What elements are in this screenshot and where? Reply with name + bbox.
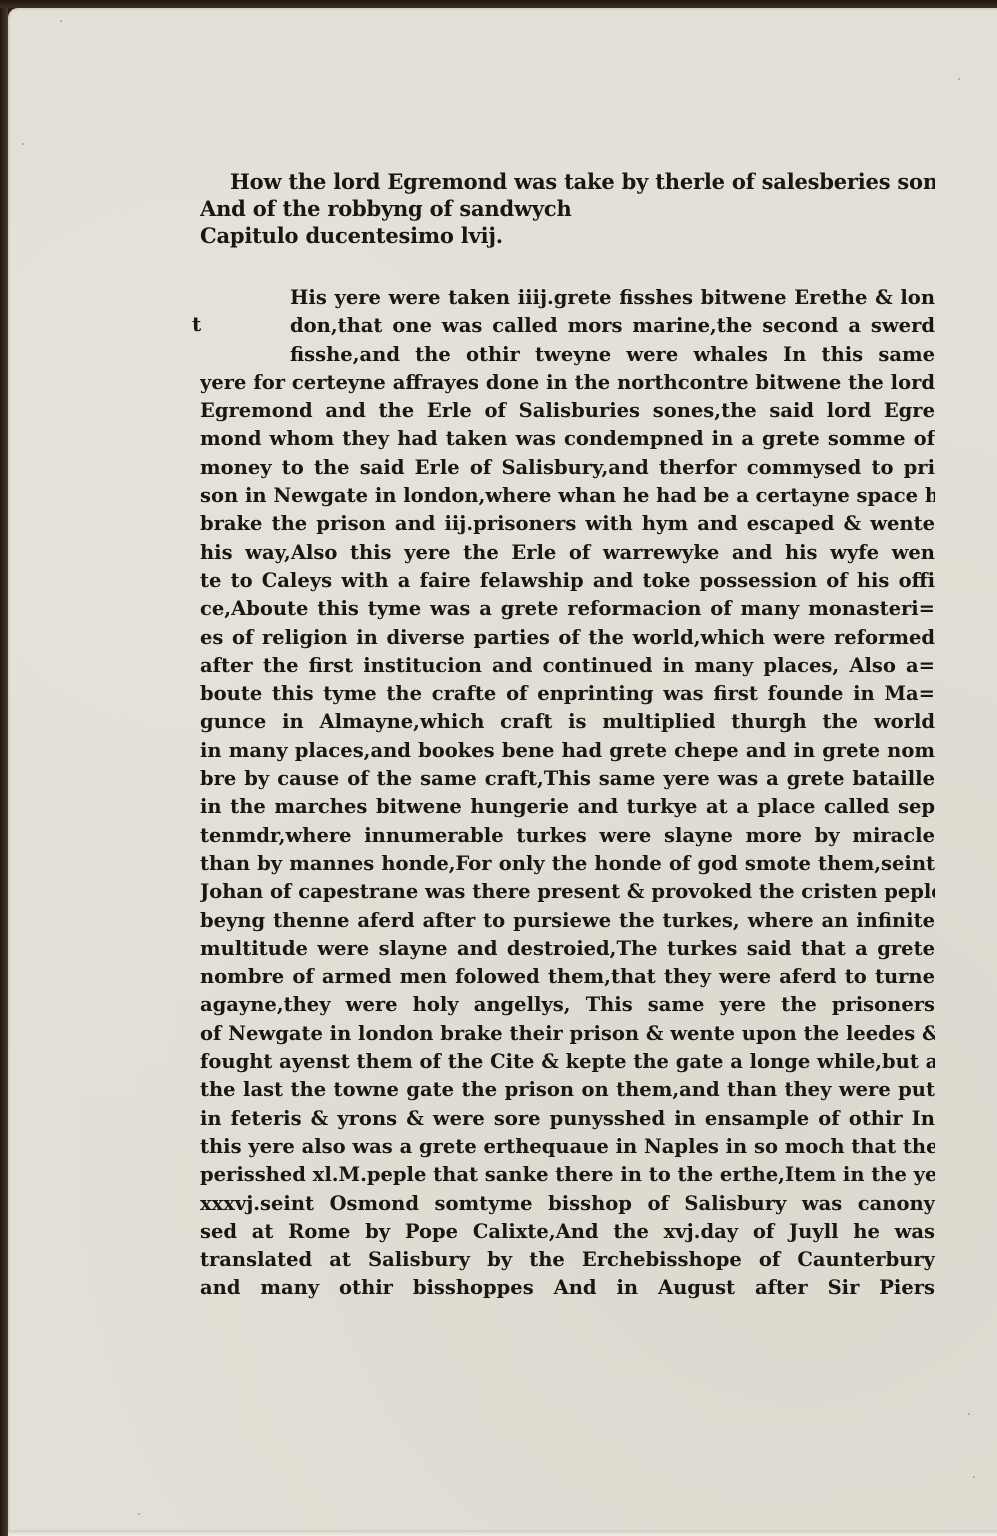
body-line: boute this tyme the crafte of enprinting…: [200, 680, 935, 708]
body-line: sed at Rome by Pope Calixte,And the xvj.…: [200, 1218, 935, 1246]
chapter-title-line-2: And of the robbyng of sandwych: [200, 195, 935, 222]
body-line: gunce in Almayne,which craft is multipli…: [200, 708, 935, 736]
paper-speck: [138, 1513, 140, 1515]
body-line: His yere were taken iiij.grete fisshes b…: [200, 284, 935, 312]
paper-speck: [60, 20, 62, 22]
body-line: te to Caleys with a faire felawship and …: [200, 567, 935, 595]
body-line: after the first institucion and continue…: [200, 652, 935, 680]
body-line: beyng thenne aferd after to pursiewe the…: [200, 907, 935, 935]
body-line: than by mannes honde,For only the honde …: [200, 850, 935, 878]
body-line: mond whom they had taken was condempned …: [200, 425, 935, 453]
body-line: Egremond and the Erle of Salisburies son…: [200, 397, 935, 425]
chapter-heading: How the lord Egremond was take by therle…: [200, 168, 935, 249]
chapter-title-line-1: How the lord Egremond was take by therle…: [200, 168, 935, 195]
paper-speck: [973, 1476, 975, 1478]
body-line: ce,Aboute this tyme was a grete reformac…: [200, 595, 935, 623]
body-text: His yere were taken iiij.grete fisshes b…: [200, 284, 935, 1303]
body-line: translated at Salisbury by the Erchebiss…: [200, 1246, 935, 1274]
body-line: multitude were slayne and destroied,The …: [200, 935, 935, 963]
binding-left-edge: [0, 8, 8, 1536]
body-line: fought ayenst them of the Cite & kepte t…: [200, 1048, 935, 1076]
body-line: this yere also was a grete erthequaue in…: [200, 1133, 935, 1161]
body-line: the last the towne gate the prison on th…: [200, 1076, 935, 1104]
paper-speck: [958, 78, 960, 80]
body-line: don,that one was called mors marine,the …: [200, 312, 935, 340]
page-bottom-edge: [8, 1530, 997, 1536]
body-line: agayne,they were holy angellys, This sam…: [200, 991, 935, 1019]
body-line: nombre of armed men folowed them,that th…: [200, 963, 935, 991]
body-line: of Newgate in london brake their prison …: [200, 1020, 935, 1048]
body-line: brake the prison and iij.prisoners with …: [200, 510, 935, 538]
binding-top-edge: [0, 0, 997, 8]
body-line: and many othir bisshoppes And in August …: [200, 1274, 935, 1302]
body-line: fisshe,and the othir tweyne were whales …: [200, 341, 935, 369]
paper-speck: [22, 143, 24, 145]
body-line: his way,Also this yere the Erle of warre…: [200, 539, 935, 567]
body-line: tenmdr,where innumerable turkes were sla…: [200, 822, 935, 850]
body-line: in feteris & yrons & were sore punysshed…: [200, 1105, 935, 1133]
body-line: Johan of capestrane was there present & …: [200, 878, 935, 906]
body-line: xxxvj.seint Osmond somtyme bisshop of Sa…: [200, 1190, 935, 1218]
chapter-number: Capitulo ducentesimo lvij.: [200, 222, 935, 249]
body-line: perisshed xl.M.peple that sanke there in…: [200, 1161, 935, 1189]
body-line: bre by cause of the same craft,This same…: [200, 765, 935, 793]
body-line: son in Newgate in london,where whan he h…: [200, 482, 935, 510]
body-line: money to the said Erle of Salisbury,and …: [200, 454, 935, 482]
paper-speck: [968, 1413, 970, 1415]
body-line: es of religion in diverse parties of the…: [200, 624, 935, 652]
body-line: yere for certeyne affrayes done in the n…: [200, 369, 935, 397]
body-line: in the marches bitwene hungerie and turk…: [200, 793, 935, 821]
body-line: in many places,and bookes bene had grete…: [200, 737, 935, 765]
